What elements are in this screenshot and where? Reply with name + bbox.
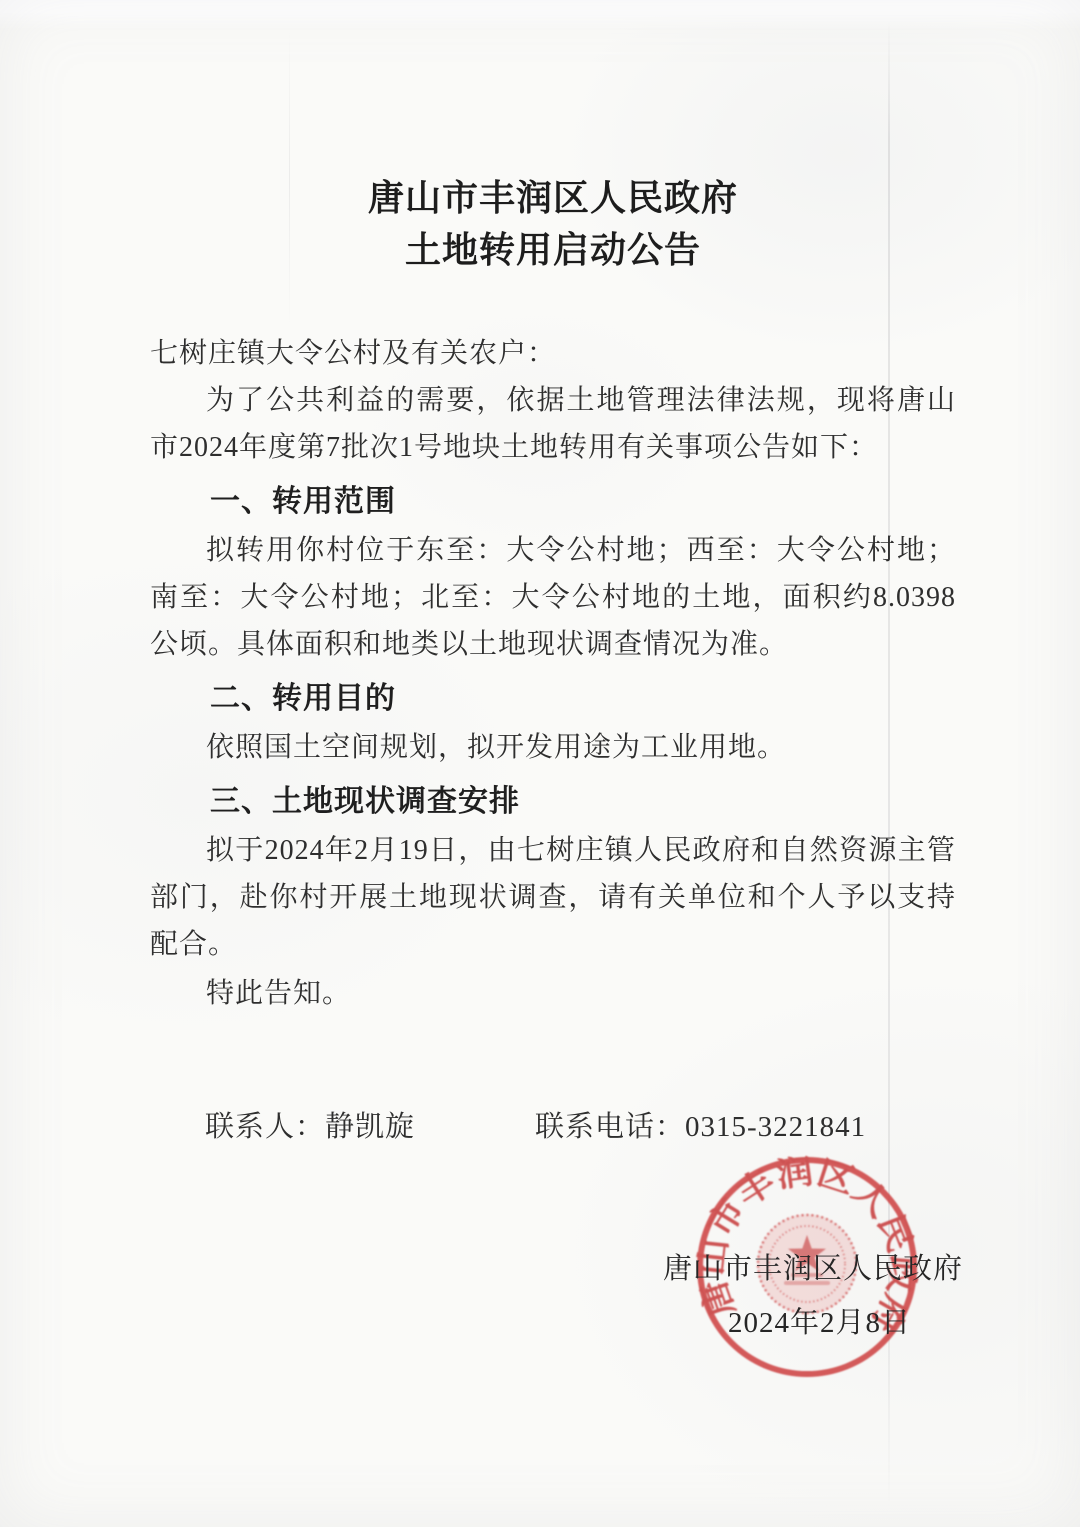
contact-phone-number: 0315-3221841	[685, 1111, 866, 1143]
section-2-heading: 二、转用目的	[150, 674, 956, 724]
section-2-body: 依照国土空间规划，拟开发用途为工业用地。	[150, 724, 956, 771]
contact-person-label: 联系人：	[205, 1111, 325, 1143]
salutation-line: 七树庄镇大令公村及有关农户：	[150, 330, 956, 377]
section-3-heading: 三、土地现状调查安排	[150, 777, 956, 827]
contact-line: 联系人：静凯旋 联系电话：0315-3221841	[150, 1104, 956, 1151]
contact-phone: 联系电话：0315-3221841	[535, 1104, 866, 1151]
closing-line: 特此告知。	[150, 970, 956, 1017]
intro-paragraph: 为了公共利益的需要，依据土地管理法律法规，现将唐山市2024年度第7批次1号地块…	[150, 377, 956, 471]
contact-person-name: 静凯旋	[325, 1111, 415, 1143]
notice-title-line2: 土地转用启动公告	[150, 224, 956, 276]
contact-person: 联系人：静凯旋	[205, 1111, 415, 1143]
section-1-body: 拟转用你村位于东至：大令公村地；西至：大令公村地；南至：大令公村地；北至：大令公…	[150, 527, 956, 668]
section-3-body: 拟于2024年2月19日，由七树庄镇人民政府和自然资源主管部门，赴你村开展土地现…	[150, 827, 956, 968]
contact-phone-label: 联系电话：	[535, 1111, 685, 1143]
notice-body: 唐山市丰润区人民政府 土地转用启动公告 七树庄镇大令公村及有关农户： 为了公共利…	[150, 172, 956, 1017]
notice-title-line1: 唐山市丰润区人民政府	[150, 172, 956, 224]
signature-date: 2024年2月8日	[728, 1300, 911, 1341]
scanned-notice-page: 唐山市丰润区人民政府 土地转用启动公告 七树庄镇大令公村及有关农户： 为了公共利…	[0, 0, 1080, 1527]
signature-agency: 唐山市丰润区人民政府	[663, 1246, 963, 1287]
section-1-heading: 一、转用范围	[150, 477, 956, 527]
